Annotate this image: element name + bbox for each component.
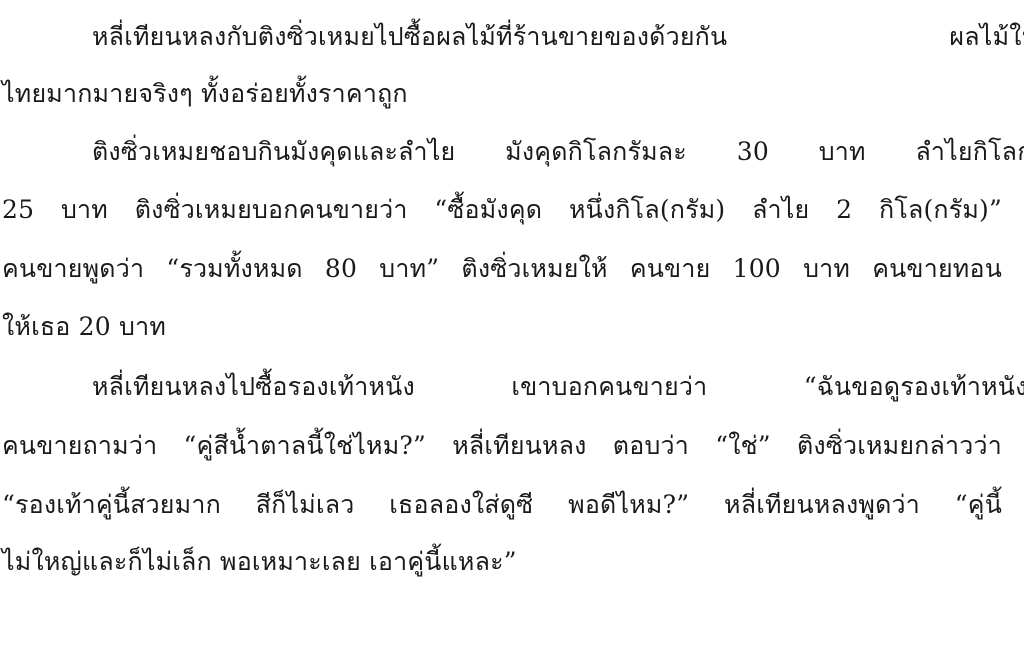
paragraph-3-line-3: “รองเท้าคู่นี้สวยมาก สีก็ไม่เลว เธอลองใส… — [2, 476, 1002, 534]
paragraph-3-line-4: ไม่ใหญ่และก็ไม่เล็ก พอเหมาะเลย เอาคู่นี้… — [2, 533, 1024, 591]
paragraph-2-line-3: คนขายพูดว่า “รวมทั้งหมด 80 บาท” ติงซิ่วเ… — [2, 240, 1002, 298]
paragraph-2-line-1: ติงซิ่วเหมยชอบกินมังคุดและลำไย มังคุดกิโ… — [0, 123, 1024, 181]
paragraph-3-line-2: คนขายถามว่า “คู่สีน้ำตาลนี้ใช่ไหม?” หลี่… — [2, 417, 1002, 475]
document-page: หลี่เทียนหลงกับติงซิ่วเหมยไปซื้อผลไม้ที่… — [0, 0, 1024, 667]
paragraph-3-line-1: หลี่เทียนหลงไปซื้อรองเท้าหนัง เขาบอกคนขา… — [0, 358, 1024, 416]
paragraph-1-line-2: ไทยมากมายจริงๆ ทั้งอร่อยทั้งราคาถูก — [2, 65, 1024, 123]
paragraph-2-line-2: 25 บาท ติงซิ่วเหมยบอกคนขายว่า “ซื้อมังคุ… — [2, 181, 1002, 239]
paragraph-2-line-4: ให้เธอ 20 บาท — [2, 298, 1024, 356]
paragraph-1-line-1: หลี่เทียนหลงกับติงซิ่วเหมยไปซื้อผลไม้ที่… — [0, 8, 1024, 66]
